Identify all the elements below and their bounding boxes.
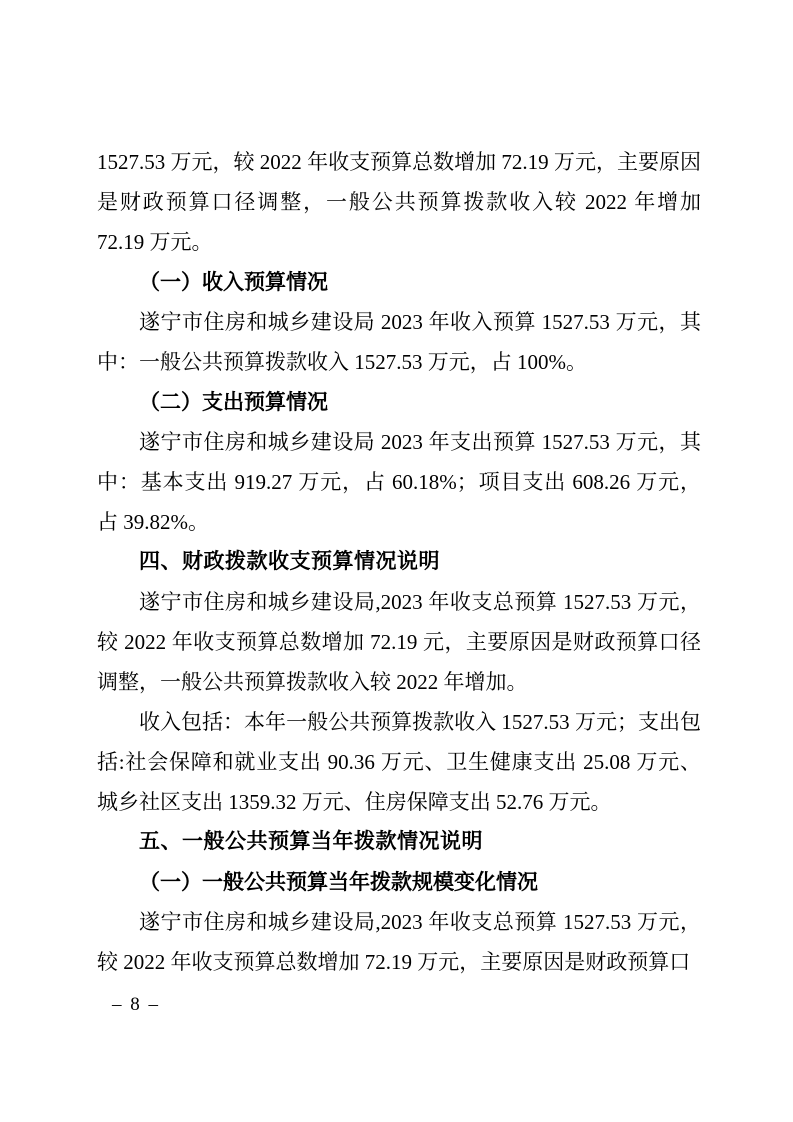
section-subheading: （一）一般公共预算当年拨款规模变化情况 bbox=[97, 862, 701, 902]
document-page: { "page": { "background_color": "#ffffff… bbox=[0, 0, 793, 1122]
section-subheading: （二）支出预算情况 bbox=[97, 382, 701, 422]
paragraph: 收入包括：本年一般公共预算拨款收入 1527.53 万元；支出包括:社会保障和就… bbox=[97, 702, 701, 822]
paragraph: 遂宁市住房和城乡建设局 2023 年支出预算 1527.53 万元，其中：基本支… bbox=[97, 422, 701, 542]
section-heading: 四、财政拨款收支预算情况说明 bbox=[97, 542, 701, 582]
paragraph: 遂宁市住房和城乡建设局 2023 年收入预算 1527.53 万元，其中：一般公… bbox=[97, 302, 701, 382]
paragraph: 1527.53 万元，较 2022 年收支预算总数增加 72.19 万元，主要原… bbox=[97, 142, 701, 262]
section-subheading: （一）收入预算情况 bbox=[97, 262, 701, 302]
paragraph: 遂宁市住房和城乡建设局,2023 年收支总预算 1527.53 万元，较 202… bbox=[97, 582, 701, 702]
paragraph: 遂宁市住房和城乡建设局,2023 年收支总预算 1527.53 万元，较 202… bbox=[97, 902, 701, 982]
section-heading: 五、一般公共预算当年拨款情况说明 bbox=[97, 822, 701, 862]
page-number: – 8 – bbox=[112, 993, 160, 1017]
page-body: 1527.53 万元，较 2022 年收支预算总数增加 72.19 万元，主要原… bbox=[97, 142, 701, 982]
